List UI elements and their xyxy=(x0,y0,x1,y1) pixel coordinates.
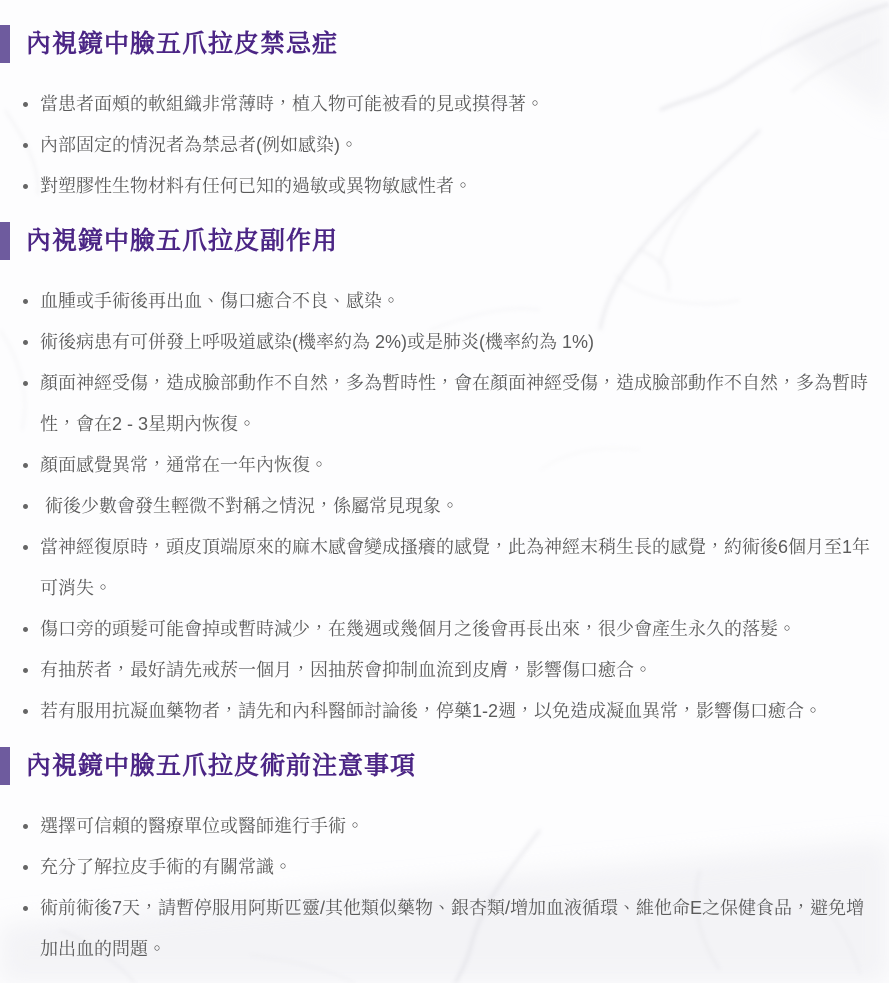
section-heading: 內視鏡中臉五爪拉皮禁忌症 xyxy=(0,24,883,64)
list-item: 有抽菸者，最好請先戒菸一個月，因抽菸會抑制血流到皮膚，影響傷口癒合。 xyxy=(22,650,879,691)
list-item: 內部固定的情況者為禁忌者(例如感染)。 xyxy=(22,125,879,166)
list-item: 充分了解拉皮手術的有關常識。 xyxy=(22,847,879,888)
bullet-list: 當患者面頰的軟組織非常薄時，植入物可能被看的見或摸得著。內部固定的情況者為禁忌者… xyxy=(0,84,883,207)
list-item: 對塑膠性生物材料有任何已知的過敏或異物敏感性者。 xyxy=(22,166,879,207)
list-item: 術後病患有可併發上呼吸道感染(機率約為 2%)或是肺炎(機率約為 1%) xyxy=(22,322,879,363)
article-content: 內視鏡中臉五爪拉皮禁忌症 當患者面頰的軟組織非常薄時，植入物可能被看的見或摸得著… xyxy=(0,0,889,970)
heading-accent-bar-icon xyxy=(0,747,10,785)
list-item: 術前術後7天，請暫停服用阿斯匹靈/其他類似藥物、銀杏類/增加血液循環、維他命E之… xyxy=(22,888,879,970)
list-item: 顏面神經受傷，造成臉部動作不自然，多為暫時性，會在顏面神經受傷，造成臉部動作不自… xyxy=(22,363,879,445)
content-section: 內視鏡中臉五爪拉皮副作用 血腫或手術後再出血、傷口癒合不良、感染。術後病患有可併… xyxy=(0,221,883,732)
list-item: 血腫或手術後再出血、傷口癒合不良、感染。 xyxy=(22,281,879,322)
page: { "theme": { "heading_color": "#4b2585",… xyxy=(0,0,889,983)
bullet-list: 選擇可信賴的醫療單位或醫師進行手術。充分了解拉皮手術的有關常識。術前術後7天，請… xyxy=(0,806,883,970)
section-heading: 內視鏡中臉五爪拉皮副作用 xyxy=(0,221,883,261)
content-section: 內視鏡中臉五爪拉皮術前注意事項 選擇可信賴的醫療單位或醫師進行手術。充分了解拉皮… xyxy=(0,746,883,970)
list-item: 當患者面頰的軟組織非常薄時，植入物可能被看的見或摸得著。 xyxy=(22,84,879,125)
section-heading: 內視鏡中臉五爪拉皮術前注意事項 xyxy=(0,746,883,786)
list-item: 術後少數會發生輕微不對稱之情況，係屬常見現象。 xyxy=(22,486,879,527)
list-item: 若有服用抗凝血藥物者，請先和內科醫師討論後，停藥1-2週，以免造成凝血異常，影響… xyxy=(22,691,879,732)
heading-accent-bar-icon xyxy=(0,222,10,260)
section-heading-text: 內視鏡中臉五爪拉皮禁忌症 xyxy=(26,30,338,58)
list-item: 傷口旁的頭髮可能會掉或暫時減少，在幾週或幾個月之後會再長出來，很少會產生永久的落… xyxy=(22,609,879,650)
section-heading-text: 內視鏡中臉五爪拉皮副作用 xyxy=(26,227,338,255)
list-item: 當神經復原時，頭皮頂端原來的麻木感會變成搔癢的感覺，此為神經末稍生長的感覺，約術… xyxy=(22,527,879,609)
list-item: 顏面感覺異常，通常在一年內恢復。 xyxy=(22,445,879,486)
content-section: 內視鏡中臉五爪拉皮禁忌症 當患者面頰的軟組織非常薄時，植入物可能被看的見或摸得著… xyxy=(0,24,883,207)
bullet-list: 血腫或手術後再出血、傷口癒合不良、感染。術後病患有可併發上呼吸道感染(機率約為 … xyxy=(0,281,883,732)
heading-accent-bar-icon xyxy=(0,25,10,63)
section-heading-text: 內視鏡中臉五爪拉皮術前注意事項 xyxy=(26,752,416,780)
list-item: 選擇可信賴的醫療單位或醫師進行手術。 xyxy=(22,806,879,847)
